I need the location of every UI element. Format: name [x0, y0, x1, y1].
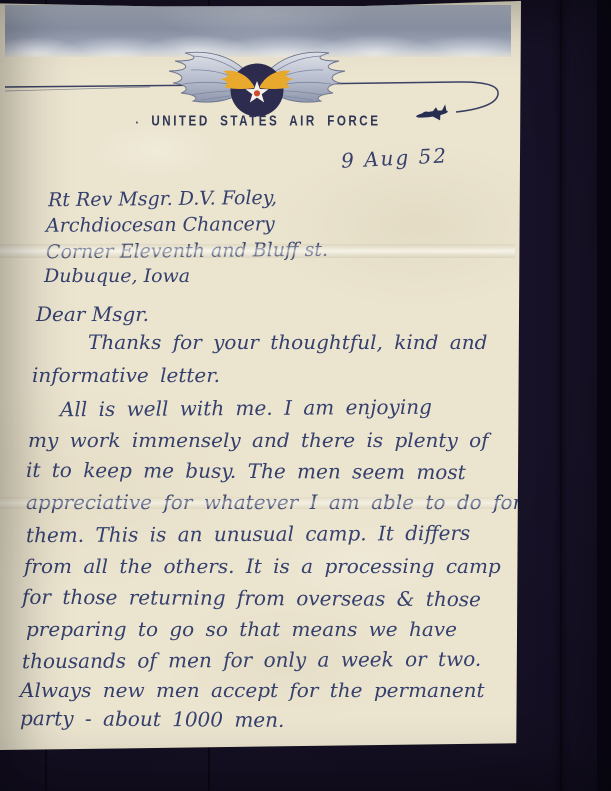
scan-backdrop: .UNITED STATES AIR FORCE 9 Aug 52 Rt Rev…	[0, 0, 611, 791]
air-force-title: UNITED STATES AIR FORCE	[151, 113, 380, 130]
recipient-line: Rt Rev Msgr. D.V. Foley,	[48, 187, 277, 211]
body-line: appreciative for whatever I am able to d…	[26, 490, 522, 514]
body-line: All is well with me. I am enjoying	[60, 395, 432, 422]
body-line: Thanks for your thoughtful, kind and	[88, 330, 487, 354]
scan-edge-strip	[597, 0, 611, 791]
body-line: thousands of men for only a week or two.	[22, 647, 481, 673]
body-line: them. This is an unusual camp. It differ…	[26, 521, 470, 547]
body-line: preparing to go so that means we have	[26, 617, 457, 641]
star-center-dot	[254, 90, 260, 96]
body-line: from all the others. It is a processing …	[24, 554, 501, 578]
body-line: for those returning from overseas & thos…	[22, 585, 481, 611]
salutation-line: Dear Msgr.	[36, 302, 149, 326]
body-line: party - about 1000 men.	[20, 706, 285, 732]
recipient-line: Archdiocesan Chancery	[46, 213, 275, 237]
body-line: Always new men accept for the permanent	[20, 678, 485, 702]
letterhead-title-row: .UNITED STATES AIR FORCE	[109, 110, 407, 131]
body-line: informative letter.	[32, 363, 220, 387]
letter-paper: .UNITED STATES AIR FORCE 9 Aug 52 Rt Rev…	[0, 0, 521, 750]
body-line: it to keep me busy. The men seem most	[26, 458, 466, 484]
usaf-wings-icon	[169, 52, 345, 116]
recipient-line: Dubuque, Iowa	[44, 265, 190, 287]
backdrop-crease	[560, 0, 562, 791]
title-lead-dot: .	[136, 113, 139, 127]
jet-plane-icon	[415, 104, 449, 124]
body-line: my work immensely and there is plenty of	[28, 428, 489, 452]
recipient-line: Corner Eleventh and Bluff st.	[46, 239, 328, 263]
